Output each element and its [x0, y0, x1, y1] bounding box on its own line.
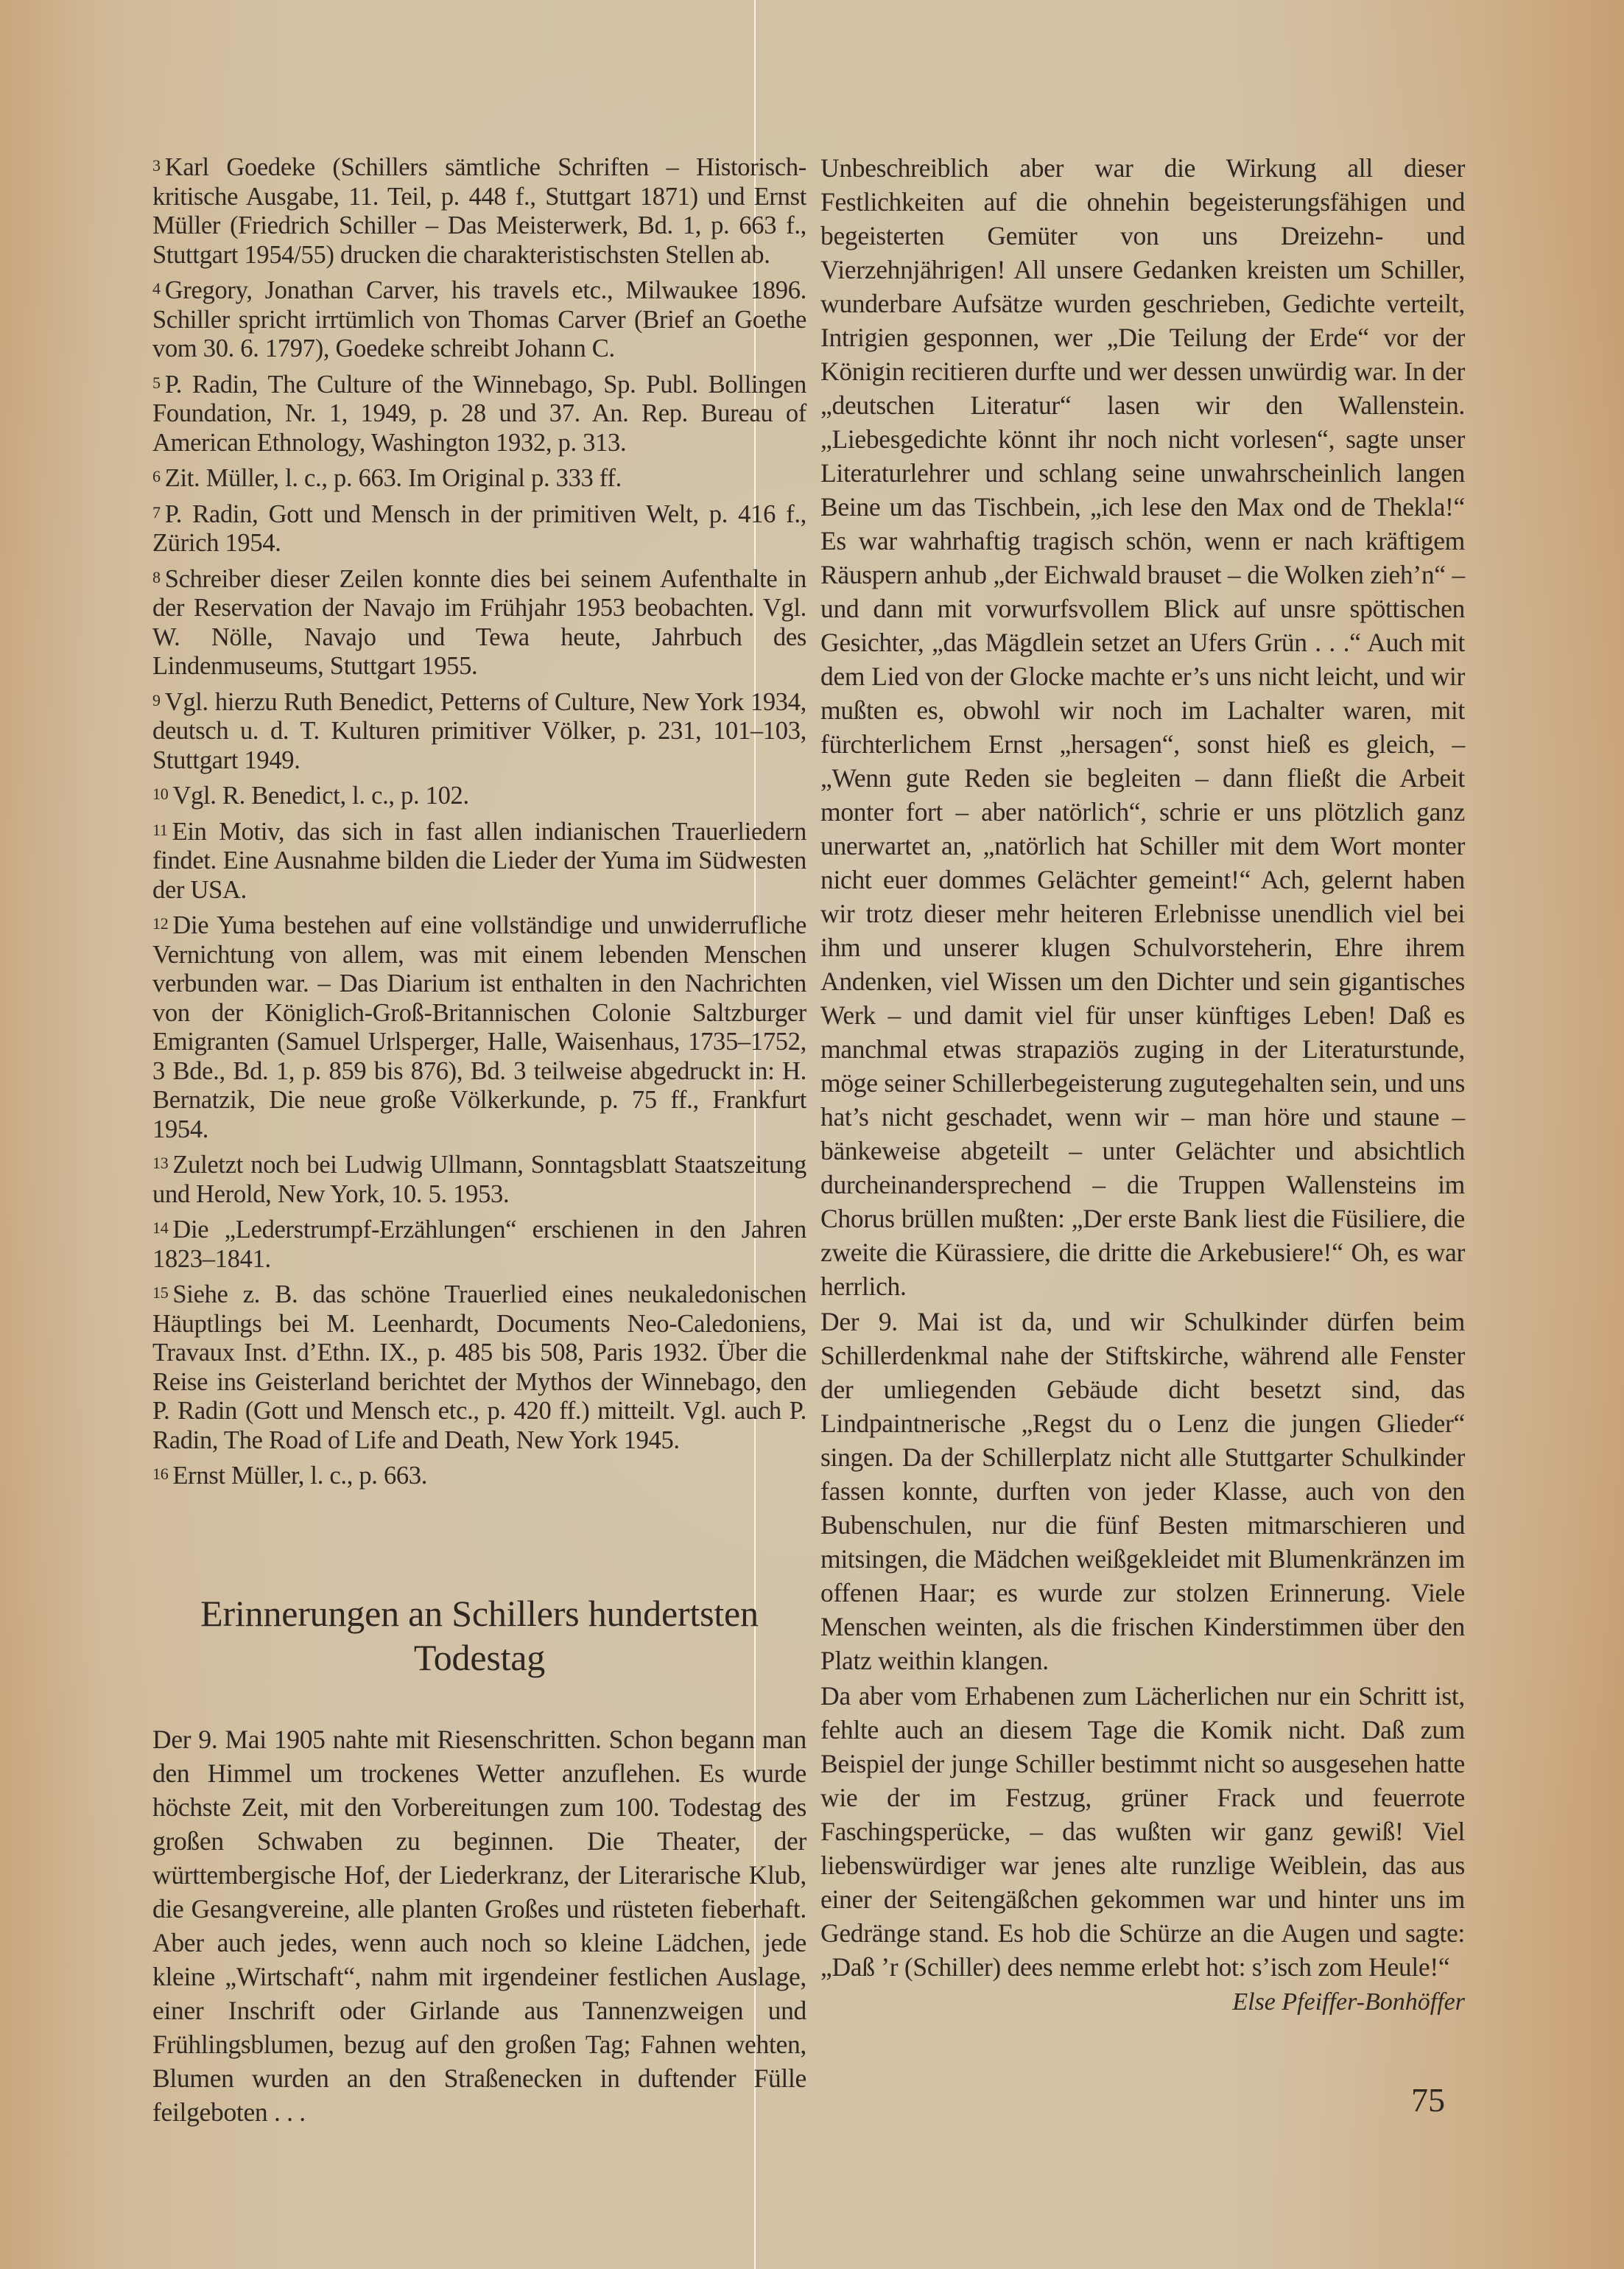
footnote-text: Vgl. hierzu Ruth Benedict, Petterns of C…	[152, 688, 806, 774]
footnote-8: 8Schreiber dieser Zeilen konnte dies bei…	[152, 563, 806, 681]
article-paragraph: Da aber vom Erhabenen zum Lächerlichen n…	[820, 1679, 1465, 1984]
footnote-10: 10Vgl. R. Benedict, l. c., p. 102.	[152, 779, 806, 811]
footnotes-section: 3Karl Goedeke (Schillers sämtliche Schri…	[152, 151, 806, 1491]
footnote-6: 6Zit. Müller, l. c., p. 663. Im Original…	[152, 462, 806, 494]
footnote-text: Die „Lederstrumpf-Erzählungen“ erschiene…	[152, 1216, 806, 1273]
footnote-number: 8	[152, 568, 161, 586]
left-column: 3Karl Goedeke (Schillers sämtliche Schri…	[152, 151, 806, 2131]
footnote-number: 5	[152, 374, 161, 392]
footnote-number: 10	[152, 785, 168, 803]
article-paragraph: Der 9. Mai ist da, und wir Schulkinder d…	[820, 1305, 1465, 1677]
footnote-text: P. Radin, Gott und Mensch in der primiti…	[152, 500, 806, 558]
footnote-16: 16Ernst Müller, l. c., p. 663.	[152, 1459, 806, 1491]
footnote-3: 3Karl Goedeke (Schillers sämtliche Schri…	[152, 151, 806, 270]
page-number: 75	[1411, 2082, 1445, 2119]
footnote-12: 12Die Yuma bestehen auf eine vollständig…	[152, 909, 806, 1144]
footnote-text: P. Radin, The Culture of the Winnebago, …	[152, 371, 806, 457]
article-title: Erinnerungen an Schillers hundertsten To…	[152, 1591, 806, 1680]
author-signature: Else Pfeiffer-Bonhöffer	[820, 1985, 1465, 2019]
footnote-number: 14	[152, 1218, 168, 1237]
article-body-left: Der 9. Mai 1905 nahte mit Riesenschritte…	[152, 1722, 806, 2129]
article-paragraph: Unbeschreiblich aber war die Wirkung all…	[820, 151, 1465, 1303]
footnote-text: Vgl. R. Benedict, l. c., p. 102.	[172, 782, 468, 810]
footnote-number: 11	[152, 821, 168, 839]
footnote-number: 7	[152, 503, 161, 522]
footnote-text: Ernst Müller, l. c., p. 663.	[172, 1462, 427, 1490]
article-body-right: Unbeschreiblich aber war die Wirkung all…	[820, 151, 1465, 1984]
footnote-text: Die Yuma bestehen auf eine vollständige …	[152, 911, 806, 1143]
footnote-13: 13Zuletzt noch bei Ludwig Ullmann, Sonnt…	[152, 1148, 806, 1209]
footnote-15: 15Siehe z. B. das schöne Trauerlied eine…	[152, 1278, 806, 1455]
footnote-number: 4	[152, 279, 161, 298]
right-column: Unbeschreiblich aber war die Wirkung all…	[820, 151, 1465, 2019]
footnote-number: 12	[152, 914, 168, 933]
footnote-4: 4Gregory, Jonathan Carver, his travels e…	[152, 274, 806, 364]
footnote-11: 11Ein Motiv, das sich in fast allen indi…	[152, 816, 806, 905]
footnote-text: Zuletzt noch bei Ludwig Ullmann, Sonntag…	[152, 1151, 806, 1208]
footnote-number: 16	[152, 1465, 168, 1483]
article-paragraph: Der 9. Mai 1905 nahte mit Riesenschritte…	[152, 1722, 806, 2129]
footnote-text: Karl Goedeke (Schillers sämtliche Schrif…	[152, 153, 806, 269]
footnote-14: 14Die „Lederstrumpf-Erzählungen“ erschie…	[152, 1213, 806, 1274]
footnote-9: 9Vgl. hierzu Ruth Benedict, Petterns of …	[152, 686, 806, 776]
footnote-number: 13	[152, 1154, 168, 1172]
article-title-line-1: Erinnerungen an Schillers hundertsten	[200, 1593, 759, 1634]
footnote-7: 7P. Radin, Gott und Mensch in der primit…	[152, 498, 806, 558]
footnote-text: Zit. Müller, l. c., p. 663. Im Original …	[165, 464, 622, 492]
footnote-number: 6	[152, 467, 161, 485]
footnote-number: 9	[152, 691, 161, 709]
footnote-number: 3	[152, 156, 161, 175]
footnote-text: Schreiber dieser Zeilen konnte dies bei …	[152, 565, 806, 681]
footnote-5: 5P. Radin, The Culture of the Winnebago,…	[152, 368, 806, 458]
footnote-text: Siehe z. B. das schöne Trauerlied eines …	[152, 1280, 806, 1454]
footnote-number: 15	[152, 1283, 168, 1302]
footnote-text: Ein Motiv, das sich in fast allen indian…	[152, 818, 806, 904]
footnote-text: Gregory, Jonathan Carver, his travels et…	[152, 276, 806, 362]
article-title-line-2: Todestag	[414, 1637, 545, 1678]
